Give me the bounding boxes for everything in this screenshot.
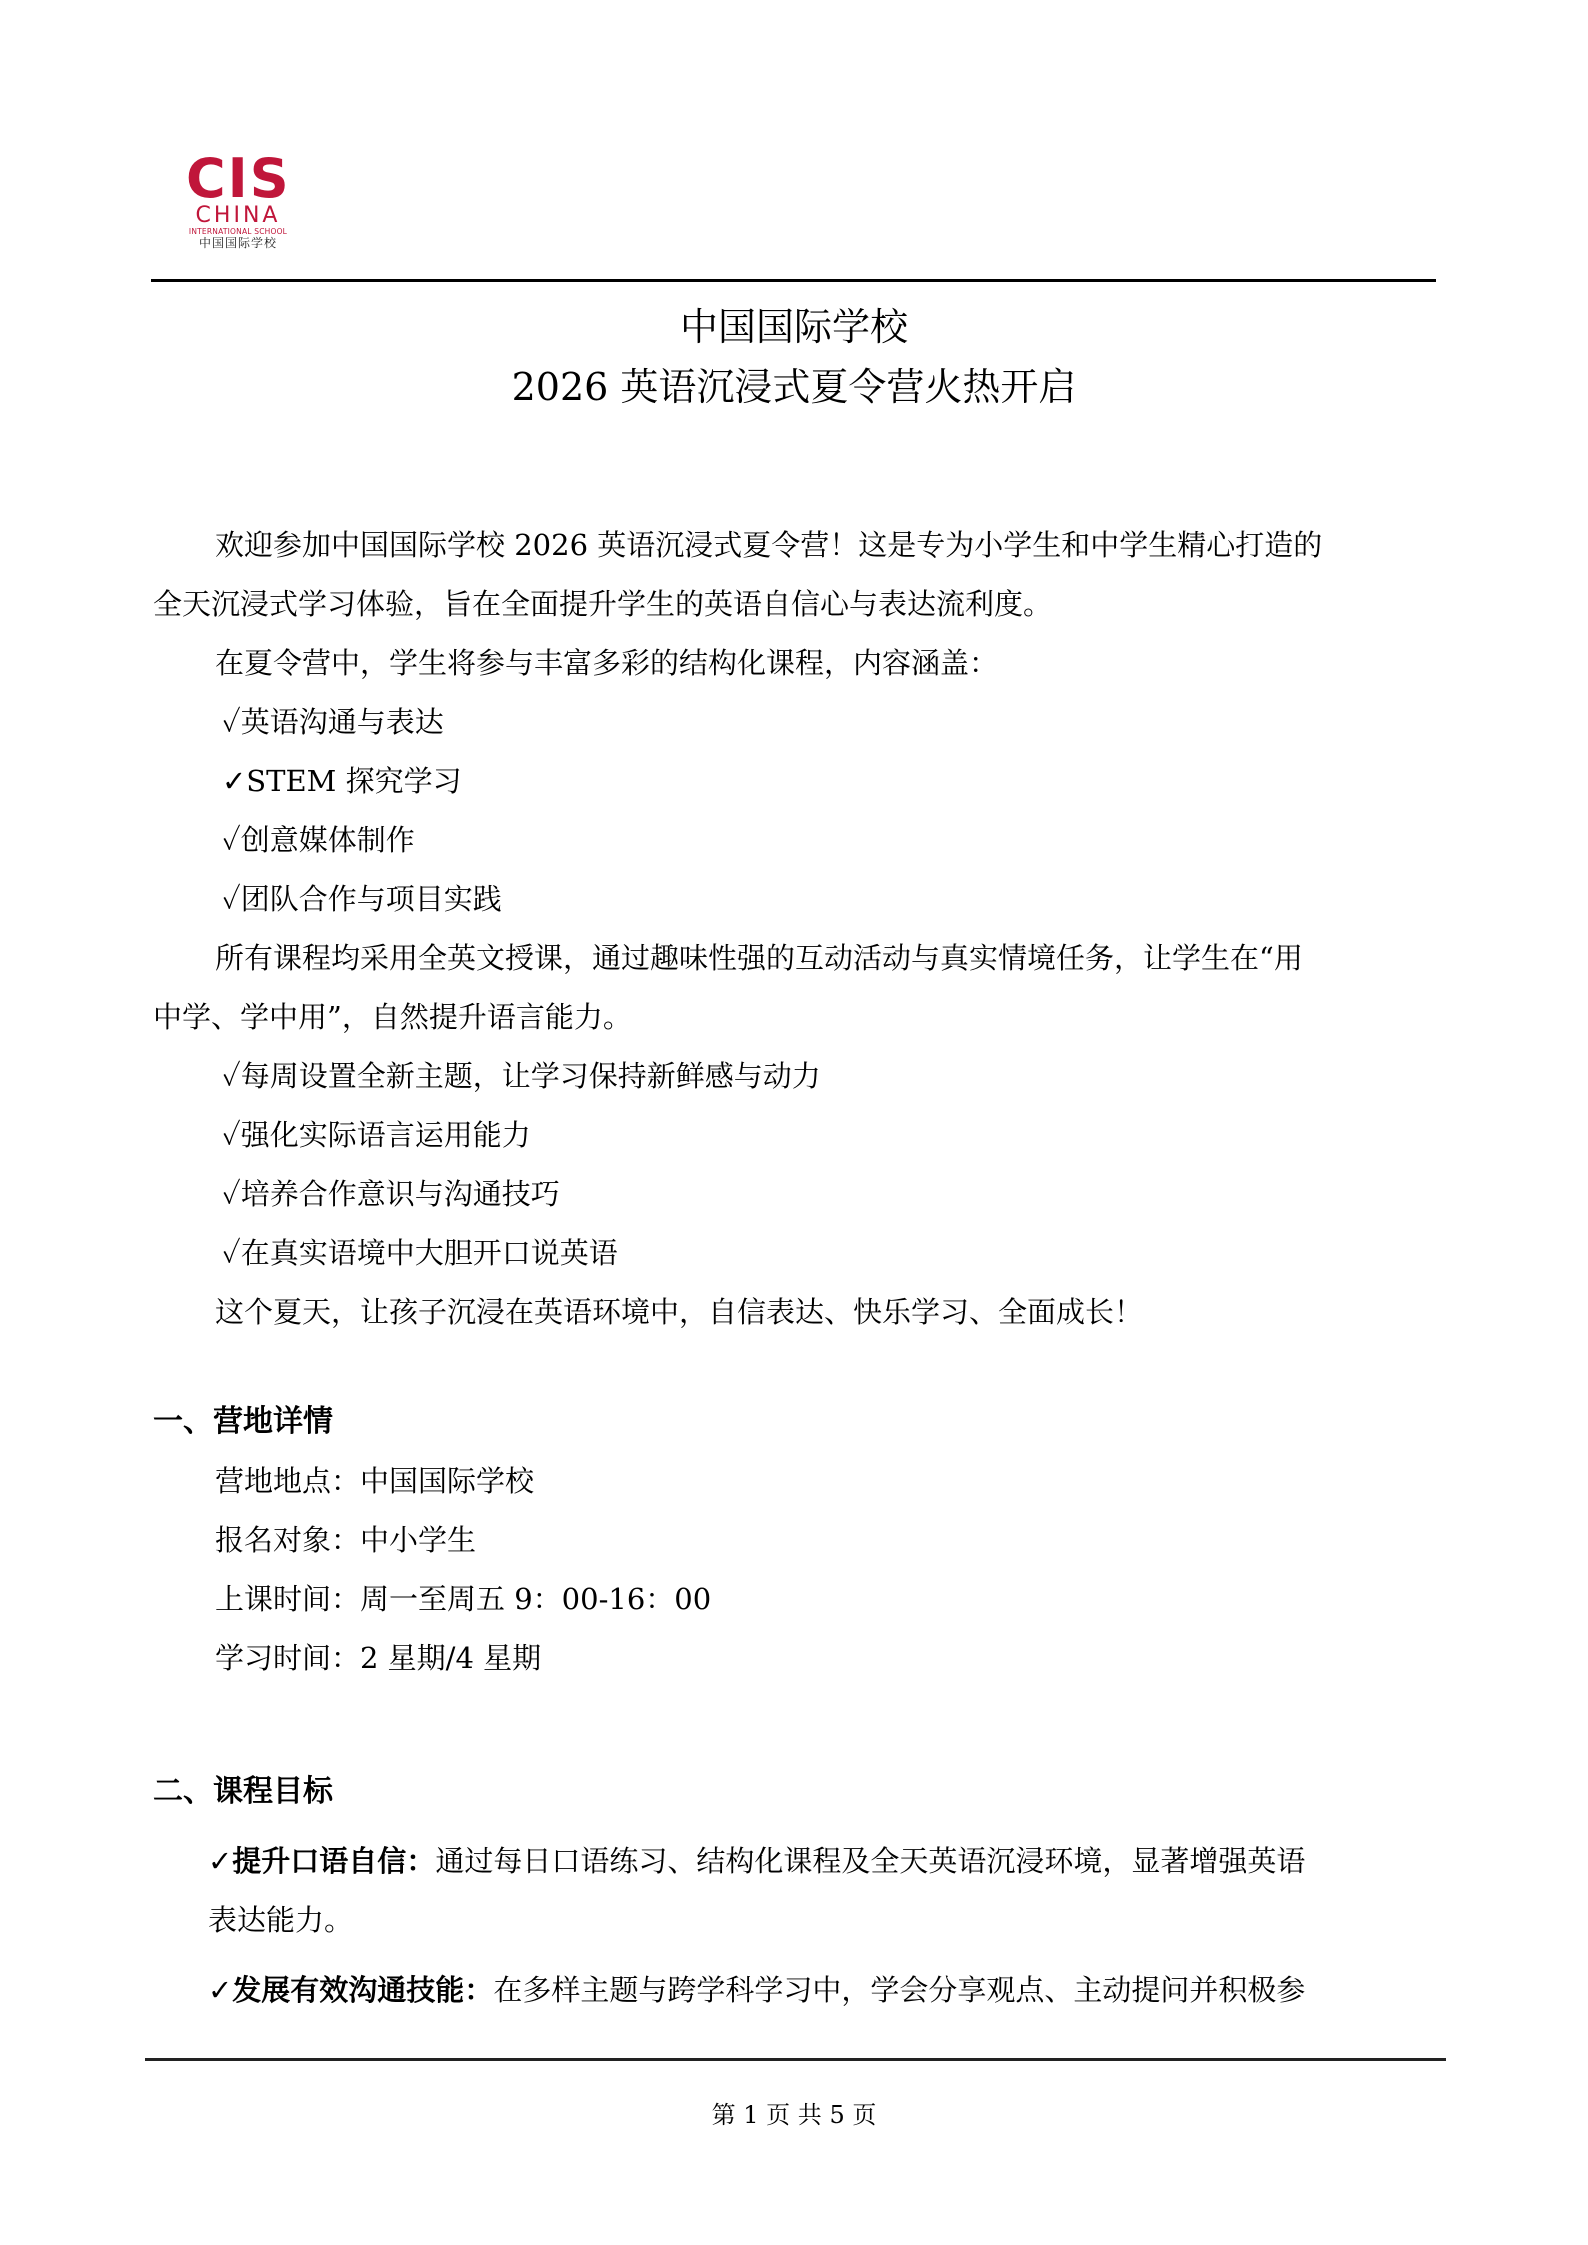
logo-chinese-name: 中国国际学校 [186,236,290,250]
goal-label: ✓提升口语自信： [208,1844,435,1878]
document-subtitle: 2026 英语沉浸式夏令营火热开启 [0,364,1588,410]
footer-divider [145,2058,1446,2061]
camp-detail-item: 上课时间：周一至周五 9：00-16：00 [215,1581,711,1617]
logo-mark: CIS [186,155,290,203]
teaching-paragraph-line: 所有课程均采用全英文授课，通过趣味性强的互动活动与真实情境任务，让学生在“用 [215,940,1303,976]
logo-name: CHINA [186,205,290,227]
closing-statement: 这个夏天，让孩子沉浸在英语环境中，自信表达、快乐学习、全面成长！ [215,1294,1143,1330]
camp-detail-item: 报名对象：中小学生 [215,1522,476,1558]
course-item: ✓团队合作与项目实践 [222,881,502,917]
document-page: CIS CHINA INTERNATIONAL SCHOOL 中国国际学校 中国… [0,0,1588,2245]
goal-item: ✓发展有效沟通技能：在多样主题与跨学科学习中，学会分享观点、主动提问并积极参 [208,1972,1305,2008]
goal-text: 通过每日口语练习、结构化课程及全天英语沉浸环境，显著增强英语 [435,1844,1305,1878]
header-divider [151,279,1436,282]
goal-item: ✓提升口语自信：通过每日口语练习、结构化课程及全天英语沉浸环境，显著增强英语 [208,1843,1305,1879]
benefit-item: ✓在真实语境中大胆开口说英语 [222,1235,618,1271]
camp-detail-item: 学习时间：2 星期/4 星期 [215,1640,541,1676]
document-title: 中国国际学校 [0,304,1588,350]
goal-label: ✓发展有效沟通技能： [208,1973,493,2007]
goal-text-continuation: 表达能力。 [208,1902,353,1938]
courses-intro: 在夏令营中，学生将参与丰富多彩的结构化课程，内容涵盖： [215,645,998,681]
school-logo: CIS CHINA INTERNATIONAL SCHOOL 中国国际学校 [186,155,290,250]
logo-subtitle: INTERNATIONAL SCHOOL [186,227,290,236]
benefit-item: ✓强化实际语言运用能力 [222,1117,531,1153]
section-heading-camp-details: 一、营地详情 [153,1404,333,1440]
section-heading-course-goals: 二、课程目标 [153,1774,333,1810]
benefit-item: ✓培养合作意识与沟通技巧 [222,1176,560,1212]
page-number: 第 1 页 共 5 页 [0,2100,1588,2130]
course-item: ✓STEM 探究学习 [222,763,462,799]
course-item: ✓英语沟通与表达 [222,704,444,740]
camp-detail-item: 营地地点：中国国际学校 [215,1463,534,1499]
course-item: ✓创意媒体制作 [222,822,415,858]
teaching-paragraph-line: 中学、学中用”，自然提升语言能力。 [153,999,632,1035]
intro-paragraph-line: 全天沉浸式学习体验，旨在全面提升学生的英语自信心与表达流利度。 [153,586,1052,622]
intro-paragraph-line: 欢迎参加中国国际学校 2026 英语沉浸式夏令营！这是专为小学生和中学生精心打造… [215,527,1322,563]
goal-text: 在多样主题与跨学科学习中，学会分享观点、主动提问并积极参 [493,1973,1305,2007]
benefit-item: ✓每周设置全新主题，让学习保持新鲜感与动力 [222,1058,821,1094]
